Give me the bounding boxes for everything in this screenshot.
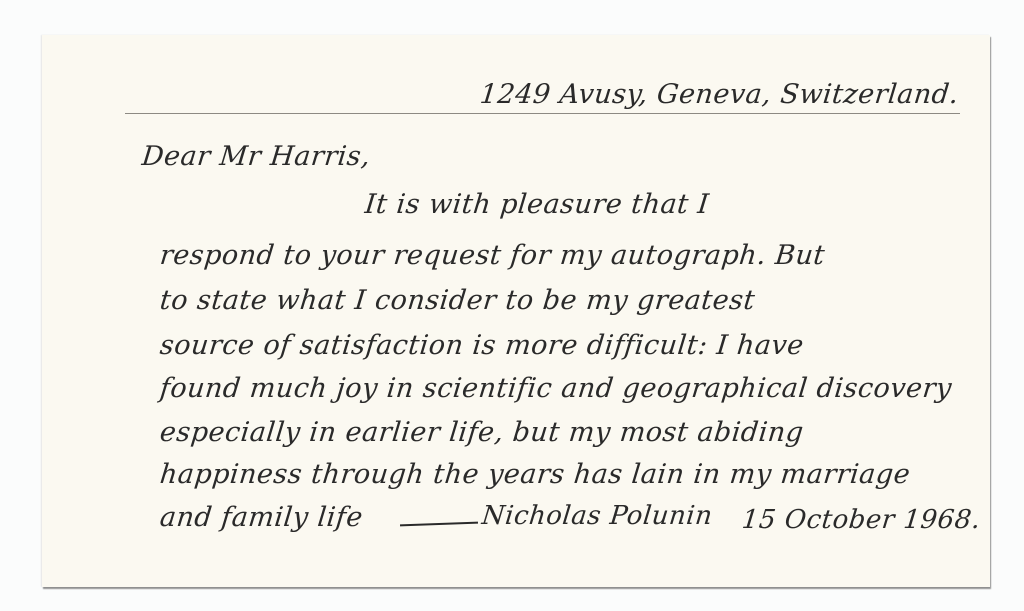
- body-line-3: to state what I consider to be my greate…: [158, 285, 756, 316]
- signature: Nicholas Polunin: [480, 501, 714, 531]
- body-line-4: source of satisfaction is more difficult…: [158, 330, 805, 361]
- body-line-7: happiness through the years has lain in …: [158, 459, 911, 490]
- closing-line: and family life: [158, 502, 364, 533]
- address-rule-divider: [125, 113, 960, 114]
- body-line-6: especially in earlier life, but my most …: [158, 417, 805, 448]
- signature-dash: [400, 522, 478, 527]
- salutation: Dear Mr Harris,: [140, 141, 372, 172]
- body-line-5: found much joy in scientific and geograp…: [158, 373, 953, 404]
- address-line: 1249 Avusy, Geneva, Switzerland.: [478, 79, 960, 110]
- body-line-2: respond to your request for my autograph…: [158, 240, 826, 271]
- body-line-1: It is with pleasure that I: [363, 189, 710, 220]
- date: 15 October 1968.: [740, 505, 982, 535]
- note-card: 1249 Avusy, Geneva, Switzerland. Dear Mr…: [42, 35, 990, 587]
